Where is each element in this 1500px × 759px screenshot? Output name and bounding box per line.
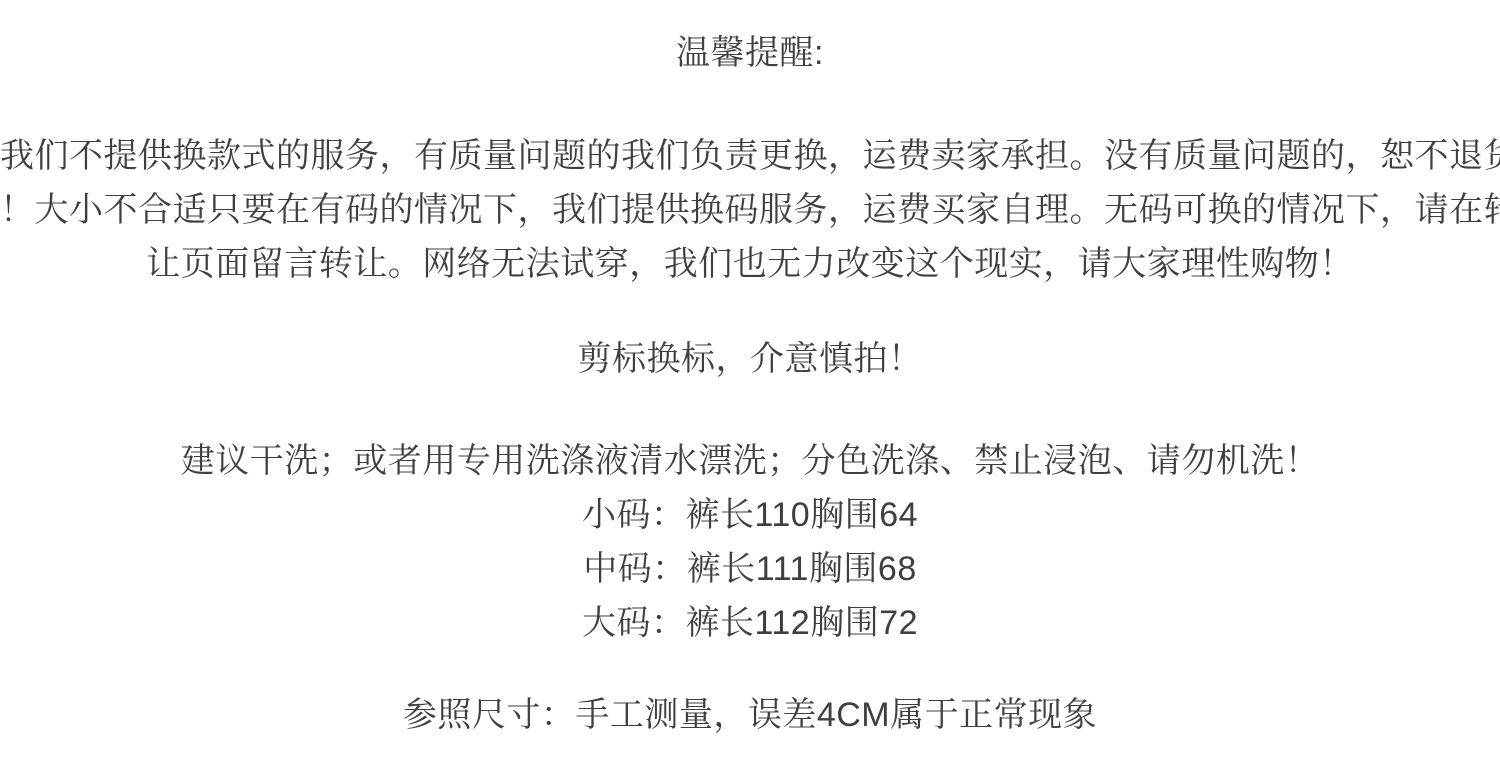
care-and-sizes-block: 建议干洗；或者用专用洗涤液清水漂洗；分色洗涤、禁止浸泡、请勿机洗！ 小码：裤长1… — [0, 434, 1500, 650]
notice-title: 温馨提醒: — [0, 26, 1500, 80]
care-instructions: 建议干洗；或者用专用洗涤液清水漂洗；分色洗涤、禁止浸泡、请勿机洗！ — [0, 434, 1500, 488]
size-line-medium: 中码：裤长111胸围68 — [0, 542, 1500, 596]
size-line-large: 大码：裤长112胸围72 — [0, 596, 1500, 650]
exchange-policy-line-1: 我们不提供换款式的服务，有质量问题的我们负责更换，运费卖家承担。没有质量问题的，… — [0, 129, 1500, 183]
notice-document: 温馨提醒: 我们不提供换款式的服务，有质量问题的我们负责更换，运费卖家承担。没有… — [0, 0, 1500, 759]
exchange-policy-line-2: ！大小不合适只要在有码的情况下，我们提供换码服务，运费买家自理。无码可换的情况下… — [0, 183, 1500, 237]
size-line-small: 小码：裤长110胸围64 — [0, 488, 1500, 542]
exchange-policy-line-3: 让页面留言转让。网络无法试穿，我们也无力改变这个现实，请大家理性购物！ — [0, 237, 1500, 291]
label-cut-notice: 剪标换标，介意慎拍！ — [0, 332, 1500, 386]
measurement-note: 参照尺寸：手工测量，误差4CM属于正常现象 — [0, 688, 1500, 742]
exchange-policy-paragraph: 我们不提供换款式的服务，有质量问题的我们负责更换，运费卖家承担。没有质量问题的，… — [0, 129, 1500, 291]
